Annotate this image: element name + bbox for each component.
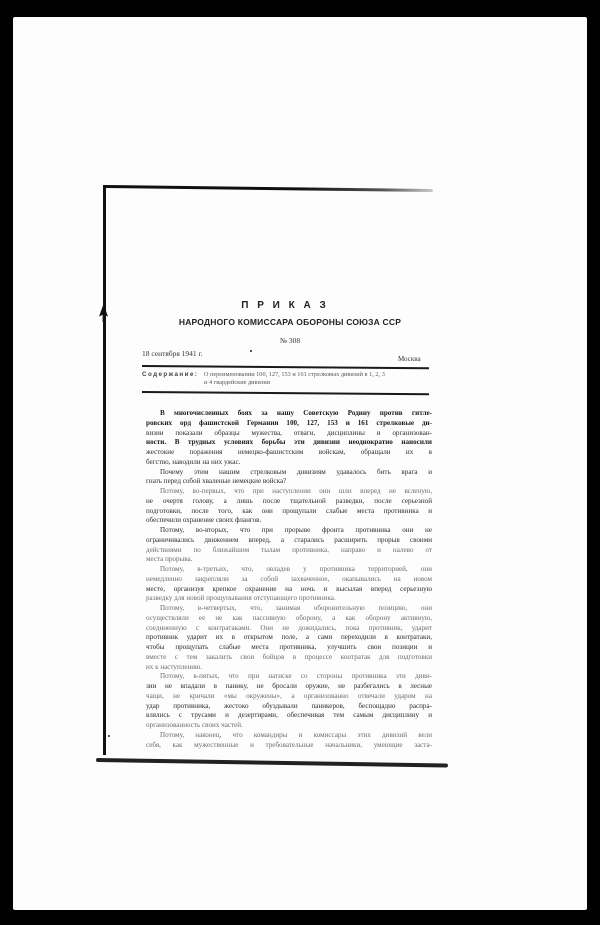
text-line: осуществляли ее не как пассивную оборону…: [146, 614, 432, 624]
text-line: жестокие поражения немецко-фашистским во…: [146, 448, 432, 458]
text-line: соединенную с контратаками. Они не дожид…: [146, 624, 432, 634]
text-line: разведку для новой прощупывания отступаю…: [146, 594, 432, 604]
scan-speck: [108, 735, 110, 737]
arrow-mark-icon: [99, 304, 108, 322]
text-line: действиями по ближайшим тылам противника…: [146, 546, 432, 556]
paragraph: Потому, во-первых, что при наступлении о…: [146, 487, 432, 526]
text-line: Потому, наконец, что командиры и комисса…: [146, 731, 432, 741]
order-date: 18 сентября 1941 г.: [142, 349, 203, 358]
text-line: месте, организуя крепкое охранение на но…: [146, 585, 432, 595]
document: П Р И К А З НАРОДНОГО КОМИССАРА ОБОРОНЫ …: [0, 0, 600, 925]
text-line: Потому, в-третьих, что, овладев у против…: [146, 565, 432, 575]
text-line: влялись с трусами и дезертирами, обеспеч…: [146, 711, 432, 721]
summary-label: Содержание:: [142, 371, 198, 378]
text-line: чащи, не кричали «мы окружены», а органи…: [146, 692, 432, 702]
text-line: Потому, в-пятых, что при натиске со стор…: [146, 672, 432, 682]
text-line: не очертя голову, а лишь после тщательно…: [146, 497, 432, 507]
document-title: П Р И К А З: [140, 300, 430, 311]
text-line: организованность своих частей.: [146, 721, 432, 731]
text-line: бегство, наводили на них ужас.: [146, 458, 432, 468]
divider-line: [142, 365, 429, 369]
text-line: ности. В трудных условиях борьбы эти див…: [146, 438, 432, 448]
paragraph: Потому, в-четвертых, что, занимая оборон…: [146, 604, 432, 672]
text-line: места прорыва.: [146, 555, 432, 565]
order-summary: Содержание: О переименовании 100, 127, 1…: [142, 371, 432, 387]
paragraph: В многочисленных боях за нашу Советскую …: [146, 409, 432, 468]
document-frame-left-line: [103, 185, 106, 755]
text-line: противник ударит их в открытом поле, а с…: [146, 633, 432, 643]
paragraph: Почему этим нашим стрелковым дивизиям уд…: [146, 468, 432, 488]
text-line: ровских орд фашистской Германии 100, 127…: [146, 419, 432, 429]
text-line: удар противника, жестоко обуздывали пани…: [146, 702, 432, 712]
scanned-page: П Р И К А З НАРОДНОГО КОМИССАРА ОБОРОНЫ …: [0, 0, 600, 925]
text-line: Потому, во-вторых, что при прорыве фронт…: [146, 526, 432, 536]
document-frame-bottom-line: [96, 758, 448, 768]
text-line: В многочисленных боях за нашу Советскую …: [146, 409, 432, 419]
text-line: себя, как мужественные и требовательные …: [146, 741, 432, 751]
text-line: гнать перед собой хваленые немецкие войс…: [146, 477, 432, 487]
summary-line-1: Содержание: О переименовании 100, 127, 1…: [142, 371, 432, 379]
document-subtitle: НАРОДНОГО КОМИССАРА ОБОРОНЫ СОЮЗА ССР: [140, 317, 440, 327]
divider-line: [142, 391, 429, 395]
order-number: № 308: [140, 336, 440, 345]
order-place: Москва: [398, 355, 421, 363]
order-body: В многочисленных боях за нашу Советскую …: [146, 409, 432, 750]
text-line: зии не впадали в панику, не бросали оруж…: [146, 682, 432, 692]
paragraph: Потому, во-вторых, что при прорыве фронт…: [146, 526, 432, 565]
text-line: Потому, во-первых, что при наступлении о…: [146, 487, 432, 497]
text-line: визии показали образцы мужества, отваги,…: [146, 429, 432, 439]
text-line: обеспечили охранение своих флангов.: [146, 516, 432, 526]
paragraph: Потому, наконец, что командиры и комисса…: [146, 731, 432, 751]
summary-line-2: и 4 гвардейские дивизии: [142, 379, 432, 387]
text-line: чтобы прощупать слабые места противника,…: [146, 643, 432, 653]
text-line: Почему этим нашим стрелковым дивизиям уд…: [146, 468, 432, 478]
text-line: ограничивались движением вперед, а стара…: [146, 536, 432, 546]
text-line: подготовки, после того, как они прощупал…: [146, 507, 432, 517]
document-frame-top-line: [103, 185, 433, 192]
summary-text-1: О переименовании 100, 127, 153 и 161 стр…: [204, 371, 385, 378]
paragraph: Потому, в-пятых, что при натиске со стор…: [146, 672, 432, 731]
text-line: немедленно закрепляли за собой захваченн…: [146, 575, 432, 585]
text-line: Потому, в-четвертых, что, занимая оборон…: [146, 604, 432, 614]
paragraph: Потому, в-третьих, что, овладев у против…: [146, 565, 432, 604]
scan-speck: [250, 350, 252, 352]
text-line: их к наступлению.: [146, 663, 432, 673]
text-line: вместе с тем закалить свои бойцов в проц…: [146, 653, 432, 663]
